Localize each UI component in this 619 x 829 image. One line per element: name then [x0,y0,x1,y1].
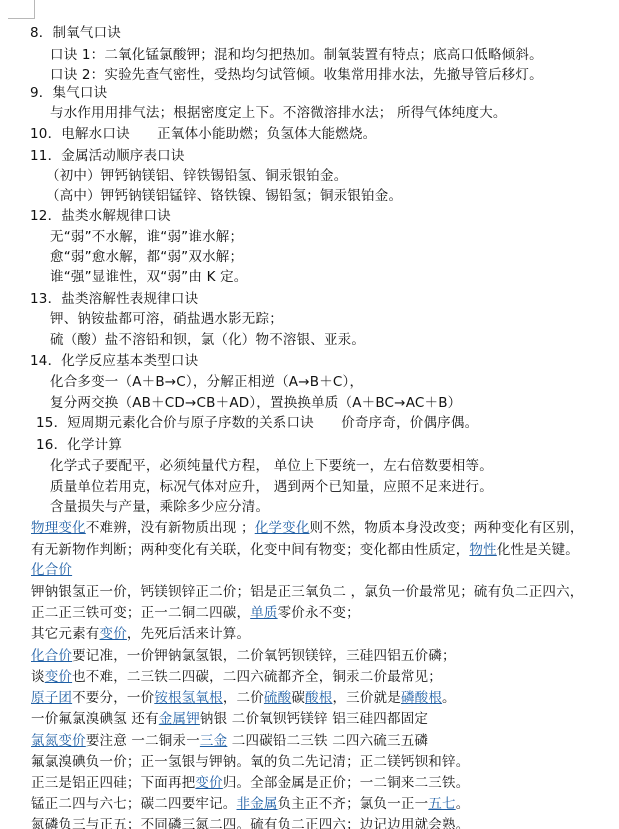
paragraph-text: 要注意 一二铜汞一 [86,733,200,749]
section-line: 无“弱”不水解，谁“弱”谁水解； [50,227,243,247]
section-heading: 8．制氧气口诀 [30,23,121,43]
section-line: 钾、钠铵盐都可溶，硝盐遇水影无踪； [50,309,283,329]
page-corner-mark [8,18,35,19]
paragraph-text: 不难辨，没有新物质出现 ； [86,520,255,536]
paragraph-text: 化性是关键。 [497,542,579,558]
paragraph-text: ，三价就是 [332,690,401,706]
paragraph-text: 氟氯溴碘负一价；正一氢银与钾钠。氧的负二先记清；正二镁钙钡和锌。 [31,754,469,770]
term-link[interactable]: 化学变化 [255,520,310,536]
paragraph-line: 钾钠银氢正一价，钙镁钡锌正二价；铝是正三氧负二 ，氯负一价最常见；硫有负二正四六… [31,582,584,602]
paragraph-line: 有无新物作判断；两种变化有关联，化变中间有物变；变化都由性质定，物性化性是关键。 [31,540,579,560]
term-link[interactable]: 变价 [195,775,222,791]
paragraph-line: 一价氟氯溴碘氢 还有金属钾钠银 二价氧钡钙镁锌 铝三硅四都固定 [31,709,428,729]
paragraph-text: 不要分，一价 [72,690,154,706]
section-heading: 9．集气口诀 [30,83,107,103]
section-line: （高中）钾钙钠镁铝锰锌、铬铁镍、锡铅氢；铜汞银铂金。 [46,186,402,206]
paragraph-line: 正三是铝正四硅；下面再把变价归。全部金属是正价；一二铜来二三铁。 [31,773,469,793]
section-line: 质量单位若用克，标况气体对应升， 遇到两个已知量，应照不足来进行。 [50,477,493,497]
section-line: 与水作用用排气法；根据密度定上下。不溶微溶排水法； 所得气体纯度大。 [50,103,507,123]
term-link[interactable]: 五七 [428,796,455,812]
paragraph-line: 锰正二四与六七；碳二四要牢记。非金属负主正不齐；氯负一正一五七。 [31,794,469,814]
section-line: 复分两交换（AB＋CD→CB＋AD），置换换单质（A＋BC→AC＋B） [50,393,461,413]
paragraph-line: 化合价要记准，一价钾钠氯氢银，二价氧钙钡镁锌，三硅四铝五价磷； [31,646,456,666]
term-link[interactable]: 酸根 [305,690,332,706]
term-link[interactable]: 三金 [200,733,227,749]
paragraph-line: 其它元素有变价，先死后活来计算。 [31,624,250,644]
paragraph-line: 物理变化不难辨，没有新物质出现 ；化学变化则不然，物质本身没改变；两种变化有区别… [31,518,584,538]
paragraph-text: 。 [456,796,470,812]
paragraph-text: 。 [442,690,456,706]
paragraph-line: 正二正三铁可变；正一二铜二四碳，单质零价永不变； [31,603,360,623]
term-link[interactable]: 氯氮变价 [31,733,86,749]
term-link[interactable]: 物理变化 [31,520,86,536]
term-link[interactable]: 铵根氢氧根 [154,690,223,706]
paragraph-text: ，二价 [223,690,264,706]
page-corner-mark [34,0,35,18]
term-link[interactable]: 单质 [250,605,277,621]
paragraph-line: 化合价 [31,560,72,580]
section-heading: 12．盐类水解规律口诀 [30,206,171,226]
paragraph-text: 氮磷负三与正五；不同磷三氮二四。硫有负二正四六；边记边用就会熟。 [31,817,469,829]
paragraph-text: 零价永不变； [278,605,360,621]
term-link[interactable]: 变价 [45,669,72,685]
section-heading: 15．短周期元素化合价与原子序数的关系口诀 价奇序奇，价偶序偶。 [36,413,478,433]
term-link[interactable]: 非金属 [237,796,278,812]
section-line: 口诀 2：实验先查气密性，受热均匀试管倾。收集常用排水法，先撤导管后移灯。 [50,65,543,85]
paragraph-text: 钠银 二价氧钡钙镁锌 铝三硅四都固定 [200,711,428,727]
term-link[interactable]: 硫酸 [264,690,291,706]
term-link[interactable]: 化合价 [31,648,72,664]
paragraph-text: ，先死后活来计算。 [127,626,250,642]
paragraph-text: 其它元素有 [31,626,100,642]
paragraph-text: 也不难，二三铁二四碳，二四六硫都齐全，铜汞二价最常见； [72,669,442,685]
section-line: 愈“弱”愈水解，都“弱”双水解； [50,247,243,267]
section-heading: 16．化学计算 [36,435,122,455]
section-heading: 14．化学反应基本类型口诀 [30,351,198,371]
section-line: （初中）钾钙钠镁铝、锌铁锡铅氢、铜汞银铂金。 [46,166,347,186]
paragraph-line: 氮磷负三与正五；不同磷三氮二四。硫有负二正四六；边记边用就会熟。 [31,815,469,829]
term-link[interactable]: 磷酸根 [401,690,442,706]
paragraph-line: 氯氮变价要注意 一二铜汞一三金 二四碳铅二三铁 二四六硫三五磷 [31,731,428,751]
section-line: 化学式子要配平，必须纯量代方程， 单位上下要统一，左右倍数要相等。 [50,456,493,476]
term-link[interactable]: 变价 [100,626,127,642]
paragraph-line: 氟氯溴碘负一价；正一氢银与钾钠。氧的负二先记清；正二镁钙钡和锌。 [31,752,469,772]
section-heading: 13．盐类溶解性表规律口诀 [30,289,198,309]
paragraph-text: 要记准，一价钾钠氯氢银，二价氧钙钡镁锌，三硅四铝五价磷； [72,648,456,664]
paragraph-text: 钾钠银氢正一价，钙镁钡锌正二价；铝是正三氧负二 ，氯负一价最常见；硫有负二正四六… [31,584,584,600]
paragraph-text: 锰正二四与六七；碳二四要牢记。 [31,796,237,812]
section-heading: 10．电解水口诀 正氧体小能助燃；负氢体大能燃烧。 [30,124,376,144]
paragraph-text: 正三是铝正四硅；下面再把 [31,775,195,791]
section-line: 含量损失与产量，乘除多少应分清。 [50,497,269,517]
paragraph-text: 二四碳铅二三铁 二四六硫三五磷 [227,733,428,749]
paragraph-line: 谈变价也不难，二三铁二四碳，二四六硫都齐全，铜汞二价最常见； [31,667,442,687]
term-link[interactable]: 物性 [469,542,496,558]
paragraph-text: 有无新物作判断；两种变化有关联，化变中间有物变；变化都由性质定， [31,542,469,558]
term-link[interactable]: 原子团 [31,690,72,706]
section-line: 硫（酸）盐不溶铅和钡，氯（化）物不溶银、亚汞。 [50,330,365,350]
paragraph-text: 则不然，物质本身没改变；两种变化有区别， [310,520,584,536]
paragraph-text: 正二正三铁可变；正一二铜二四碳， [31,605,250,621]
section-line: 口诀 1：二氧化锰氯酸钾；混和均匀把热加。制氧装置有特点；底高口低略倾斜。 [50,45,543,65]
paragraph-text: 负主正不齐；氯负一正一 [278,796,429,812]
section-line: 化合多变一（A＋B→C），分解正相逆（A→B＋C）， [50,372,363,392]
section-line: 谁“强”显谁性，双“弱”由 K 定。 [50,267,248,287]
paragraph-line: 原子团不要分，一价铵根氢氧根，二价硫酸碳酸根，三价就是磷酸根。 [31,688,456,708]
paragraph-text: 一价氟氯溴碘氢 还有 [31,711,159,727]
paragraph-text: 归。全部金属是正价；一二铜来二三铁。 [223,775,470,791]
term-link[interactable]: 金属钾 [159,711,200,727]
paragraph-text: 碳 [291,690,305,706]
section-heading: 11．金属活动顺序表口诀 [30,146,185,166]
paragraph-text: 谈 [31,669,45,685]
term-link[interactable]: 化合价 [31,562,72,578]
